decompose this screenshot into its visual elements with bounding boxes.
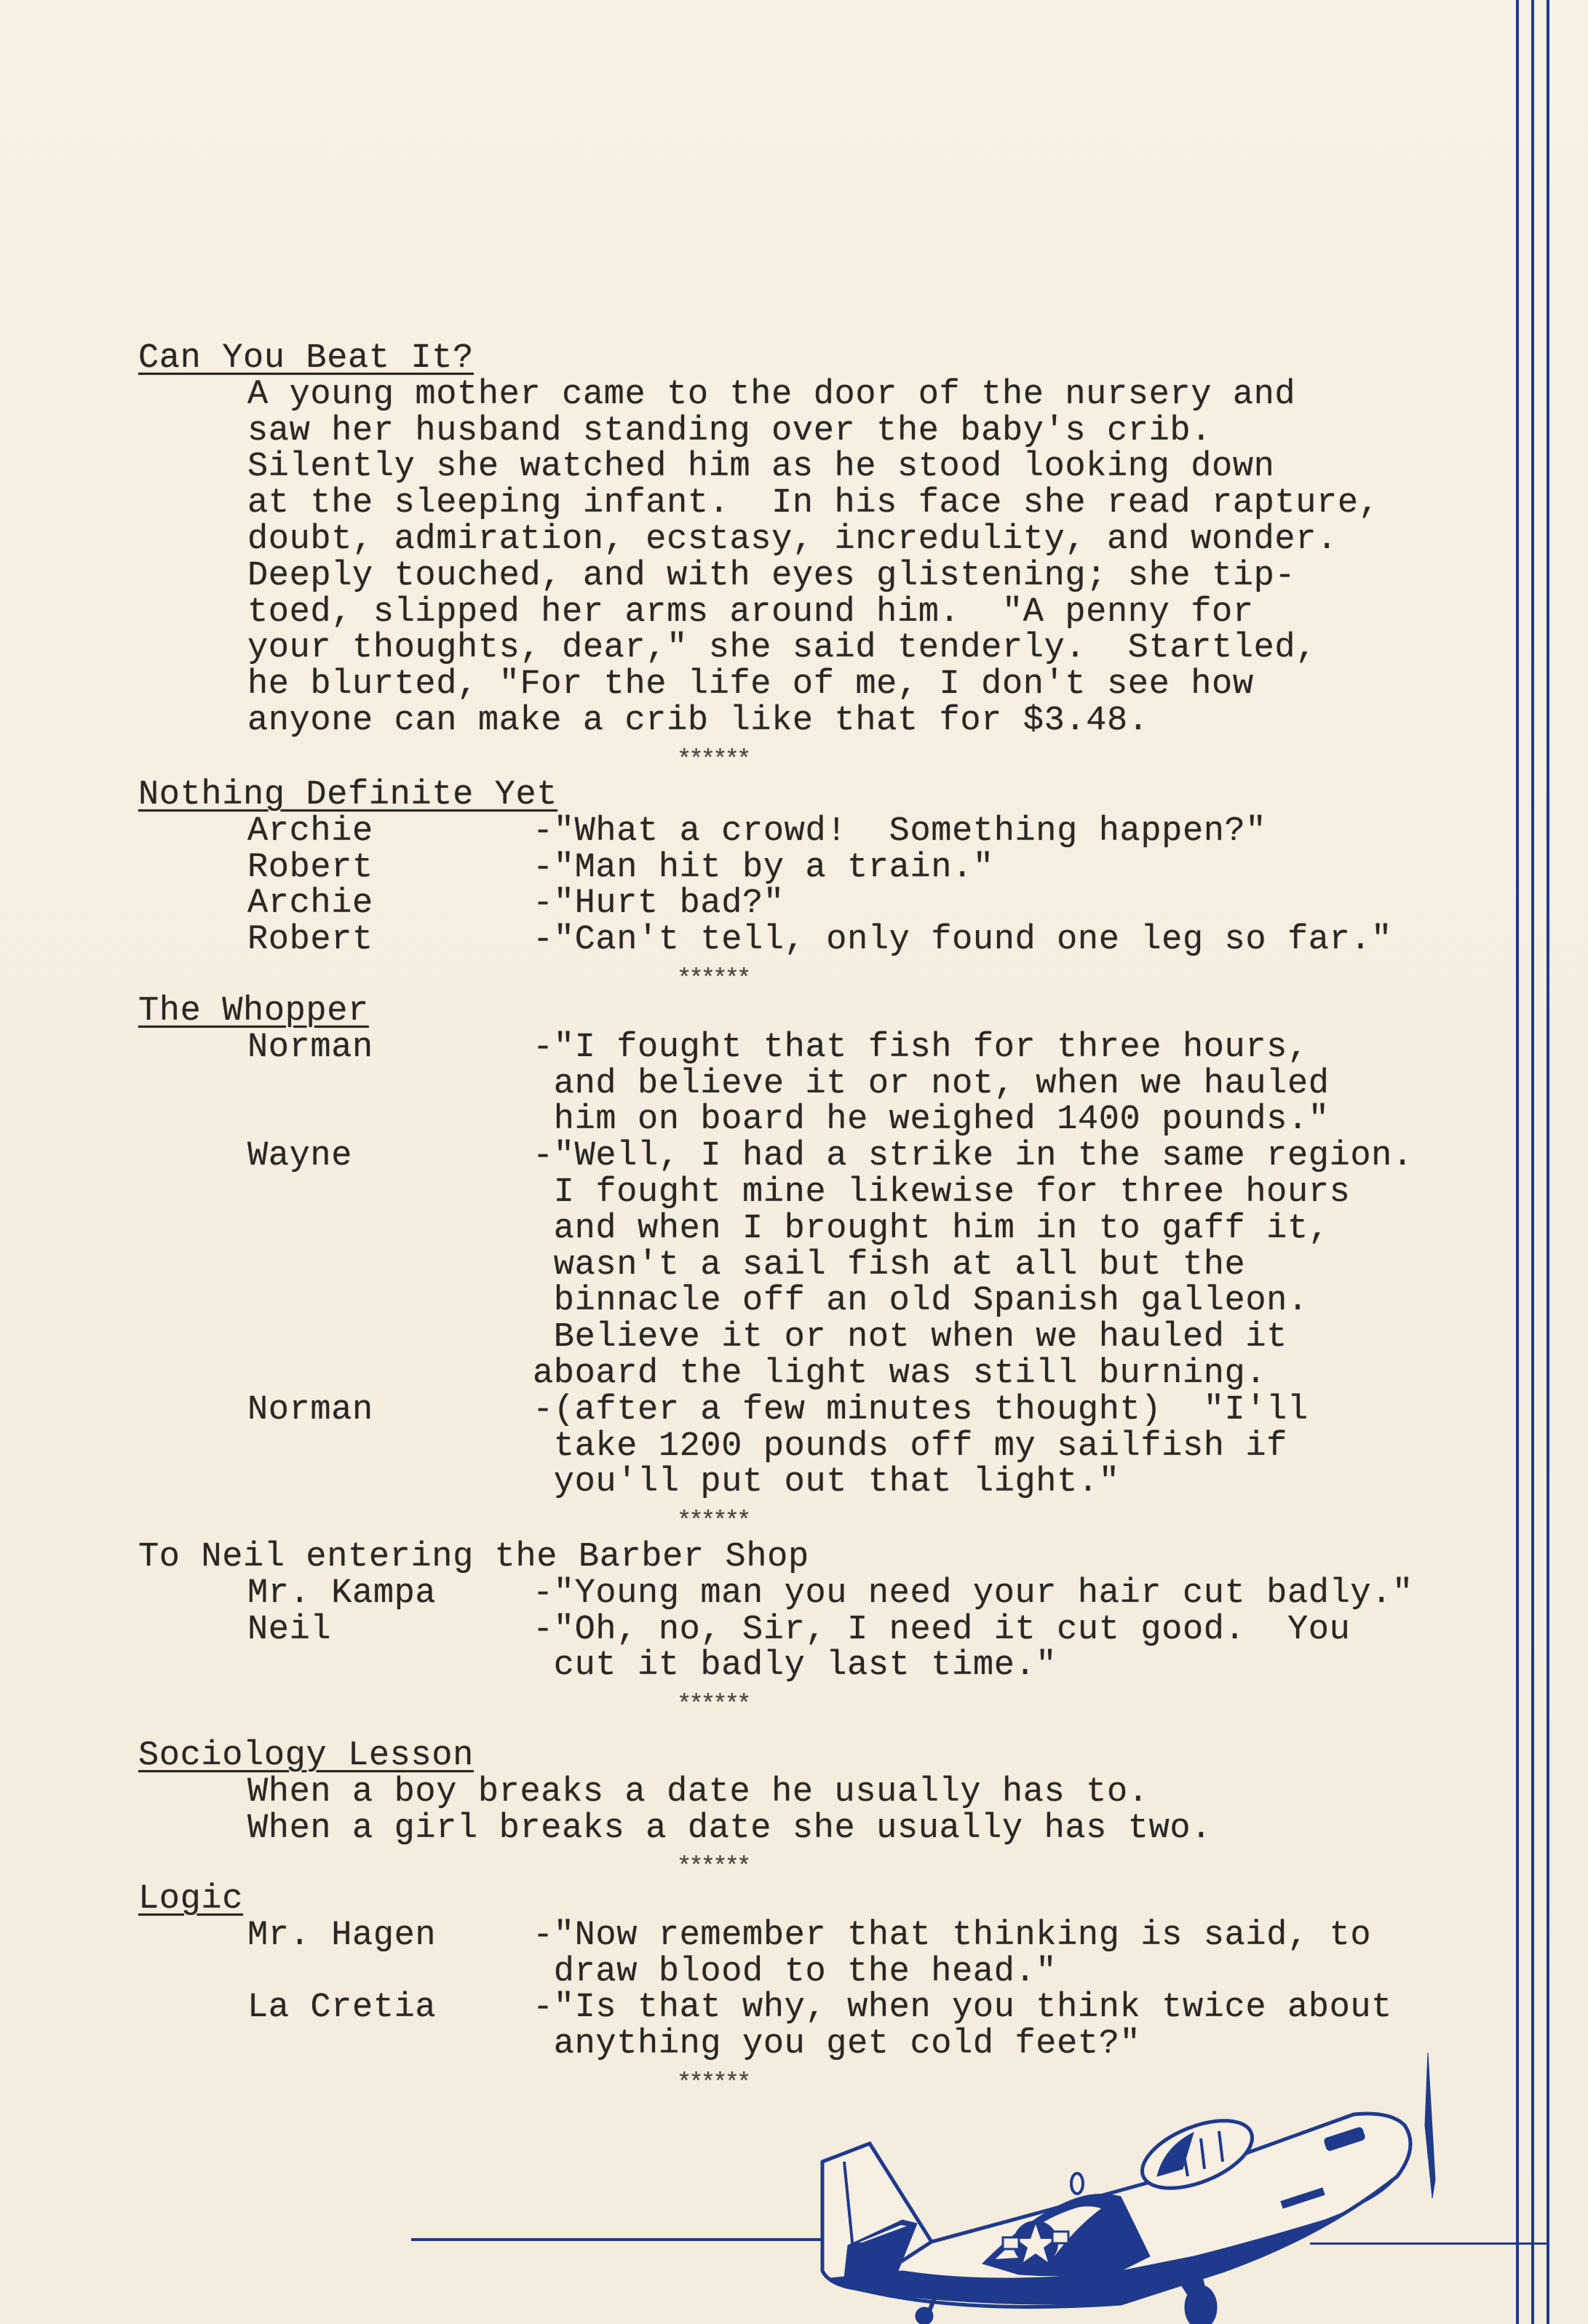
separator: ****** bbox=[677, 1504, 748, 1540]
dialogue-line: binnacle off an old Spanish galleon. bbox=[533, 1283, 1309, 1320]
dialogue-line: you'll put out that light." bbox=[533, 1464, 1120, 1501]
separator: ****** bbox=[677, 961, 748, 998]
body-line: Silently she watched him as he stood loo… bbox=[247, 449, 1274, 485]
dialogue-line: and when I brought him in to gaff it, bbox=[533, 1211, 1330, 1248]
speaker-name: Norman bbox=[247, 1030, 373, 1066]
speaker-name: Archie bbox=[247, 814, 373, 850]
body-line: doubt, admiration, ecstasy, incredulity,… bbox=[247, 522, 1338, 558]
section-title: To Neil entering the Barber Shop bbox=[138, 1539, 809, 1576]
speaker-name: Archie bbox=[247, 886, 373, 922]
section-title: Can You Beat It? bbox=[138, 341, 474, 377]
margin-rule bbox=[1516, 0, 1519, 2324]
body-line: anyone can make a crib like that for $3.… bbox=[247, 703, 1149, 739]
dialogue-line: -"Man hit by a train." bbox=[533, 850, 994, 887]
dialogue-line: -(after a few minutes thought) "I'll bbox=[533, 1392, 1309, 1429]
section-title: Logic bbox=[138, 1881, 243, 1918]
dialogue-line: take 1200 pounds off my sailfish if bbox=[533, 1429, 1287, 1465]
dialogue-line: -"I fought that fish for three hours, bbox=[533, 1030, 1309, 1066]
body-line: at the sleeping infant. In his face she … bbox=[247, 485, 1379, 522]
body-line: your thoughts, dear," she said tenderly.… bbox=[247, 630, 1317, 667]
dialogue-line: Believe it or not when we hauled it bbox=[533, 1320, 1287, 1356]
body-line: toed, slipped her arms around him. "A pe… bbox=[247, 595, 1254, 631]
dialogue-line: -"Well, I had a strike in the same regio… bbox=[533, 1138, 1413, 1175]
dialogue-line: -"Oh, no, Sir, I need it cut good. You bbox=[533, 1612, 1350, 1649]
body-line: When a boy breaks a date he usually has … bbox=[247, 1774, 1149, 1811]
dialogue-line: draw blood to the head." bbox=[533, 1954, 1057, 1991]
dialogue-line: wasn't a sail fish at all but the bbox=[533, 1248, 1245, 1284]
ground-line bbox=[411, 2238, 877, 2241]
speaker-name: Norman bbox=[247, 1392, 373, 1429]
speaker-name: Wayne bbox=[247, 1138, 352, 1175]
dialogue-line: -"Young man you need your hair cut badly… bbox=[533, 1576, 1413, 1612]
airplane-illustration bbox=[815, 2053, 1470, 2324]
speaker-name: Mr. Kampa bbox=[247, 1576, 436, 1612]
section-title: The Whopper bbox=[138, 994, 369, 1030]
separator: ****** bbox=[677, 742, 748, 779]
body-line: When a girl breaks a date she usually ha… bbox=[247, 1811, 1212, 1847]
margin-rule bbox=[1547, 0, 1549, 2324]
typed-page: Can You Beat It?A young mother came to t… bbox=[0, 0, 1588, 2324]
speaker-name: Neil bbox=[247, 1612, 331, 1649]
dialogue-line: -"Can't tell, only found one leg so far.… bbox=[533, 922, 1392, 959]
dialogue-line: him on board he weighed 1400 pounds." bbox=[533, 1102, 1330, 1138]
dialogue-line: and believe it or not, when we hauled bbox=[533, 1066, 1330, 1103]
speaker-name: La Cretia bbox=[247, 1990, 436, 2026]
speaker-name: Robert bbox=[247, 850, 373, 887]
body-line: A young mother came to the door of the n… bbox=[247, 377, 1295, 413]
section-title: Nothing Definite Yet bbox=[138, 777, 557, 814]
body-line: Deeply touched, and with eyes glistening… bbox=[247, 558, 1295, 595]
speaker-name: Robert bbox=[247, 922, 373, 959]
dialogue-line: I fought mine likewise for three hours bbox=[533, 1175, 1350, 1211]
dialogue-line: -"Hurt bad?" bbox=[533, 886, 785, 922]
separator: ****** bbox=[677, 1849, 748, 1886]
speaker-name: Mr. Hagen bbox=[247, 1918, 436, 1954]
body-line: he blurted, "For the life of me, I don't… bbox=[247, 667, 1254, 703]
body-line: saw her husband standing over the baby's… bbox=[247, 413, 1212, 450]
margin-rule bbox=[1531, 0, 1534, 2324]
section-title: Sociology Lesson bbox=[138, 1738, 474, 1774]
dialogue-line: -"What a crowd! Something happen?" bbox=[533, 814, 1266, 850]
separator: ****** bbox=[677, 2066, 748, 2102]
dialogue-line: -"Now remember that thinking is said, to bbox=[533, 1918, 1371, 1954]
dialogue-line: cut it badly last time." bbox=[533, 1648, 1057, 1684]
separator: ****** bbox=[677, 1687, 748, 1724]
dialogue-line: -"Is that why, when you think twice abou… bbox=[533, 1990, 1392, 2026]
dialogue-line: aboard the light was still burning. bbox=[533, 1356, 1266, 1392]
